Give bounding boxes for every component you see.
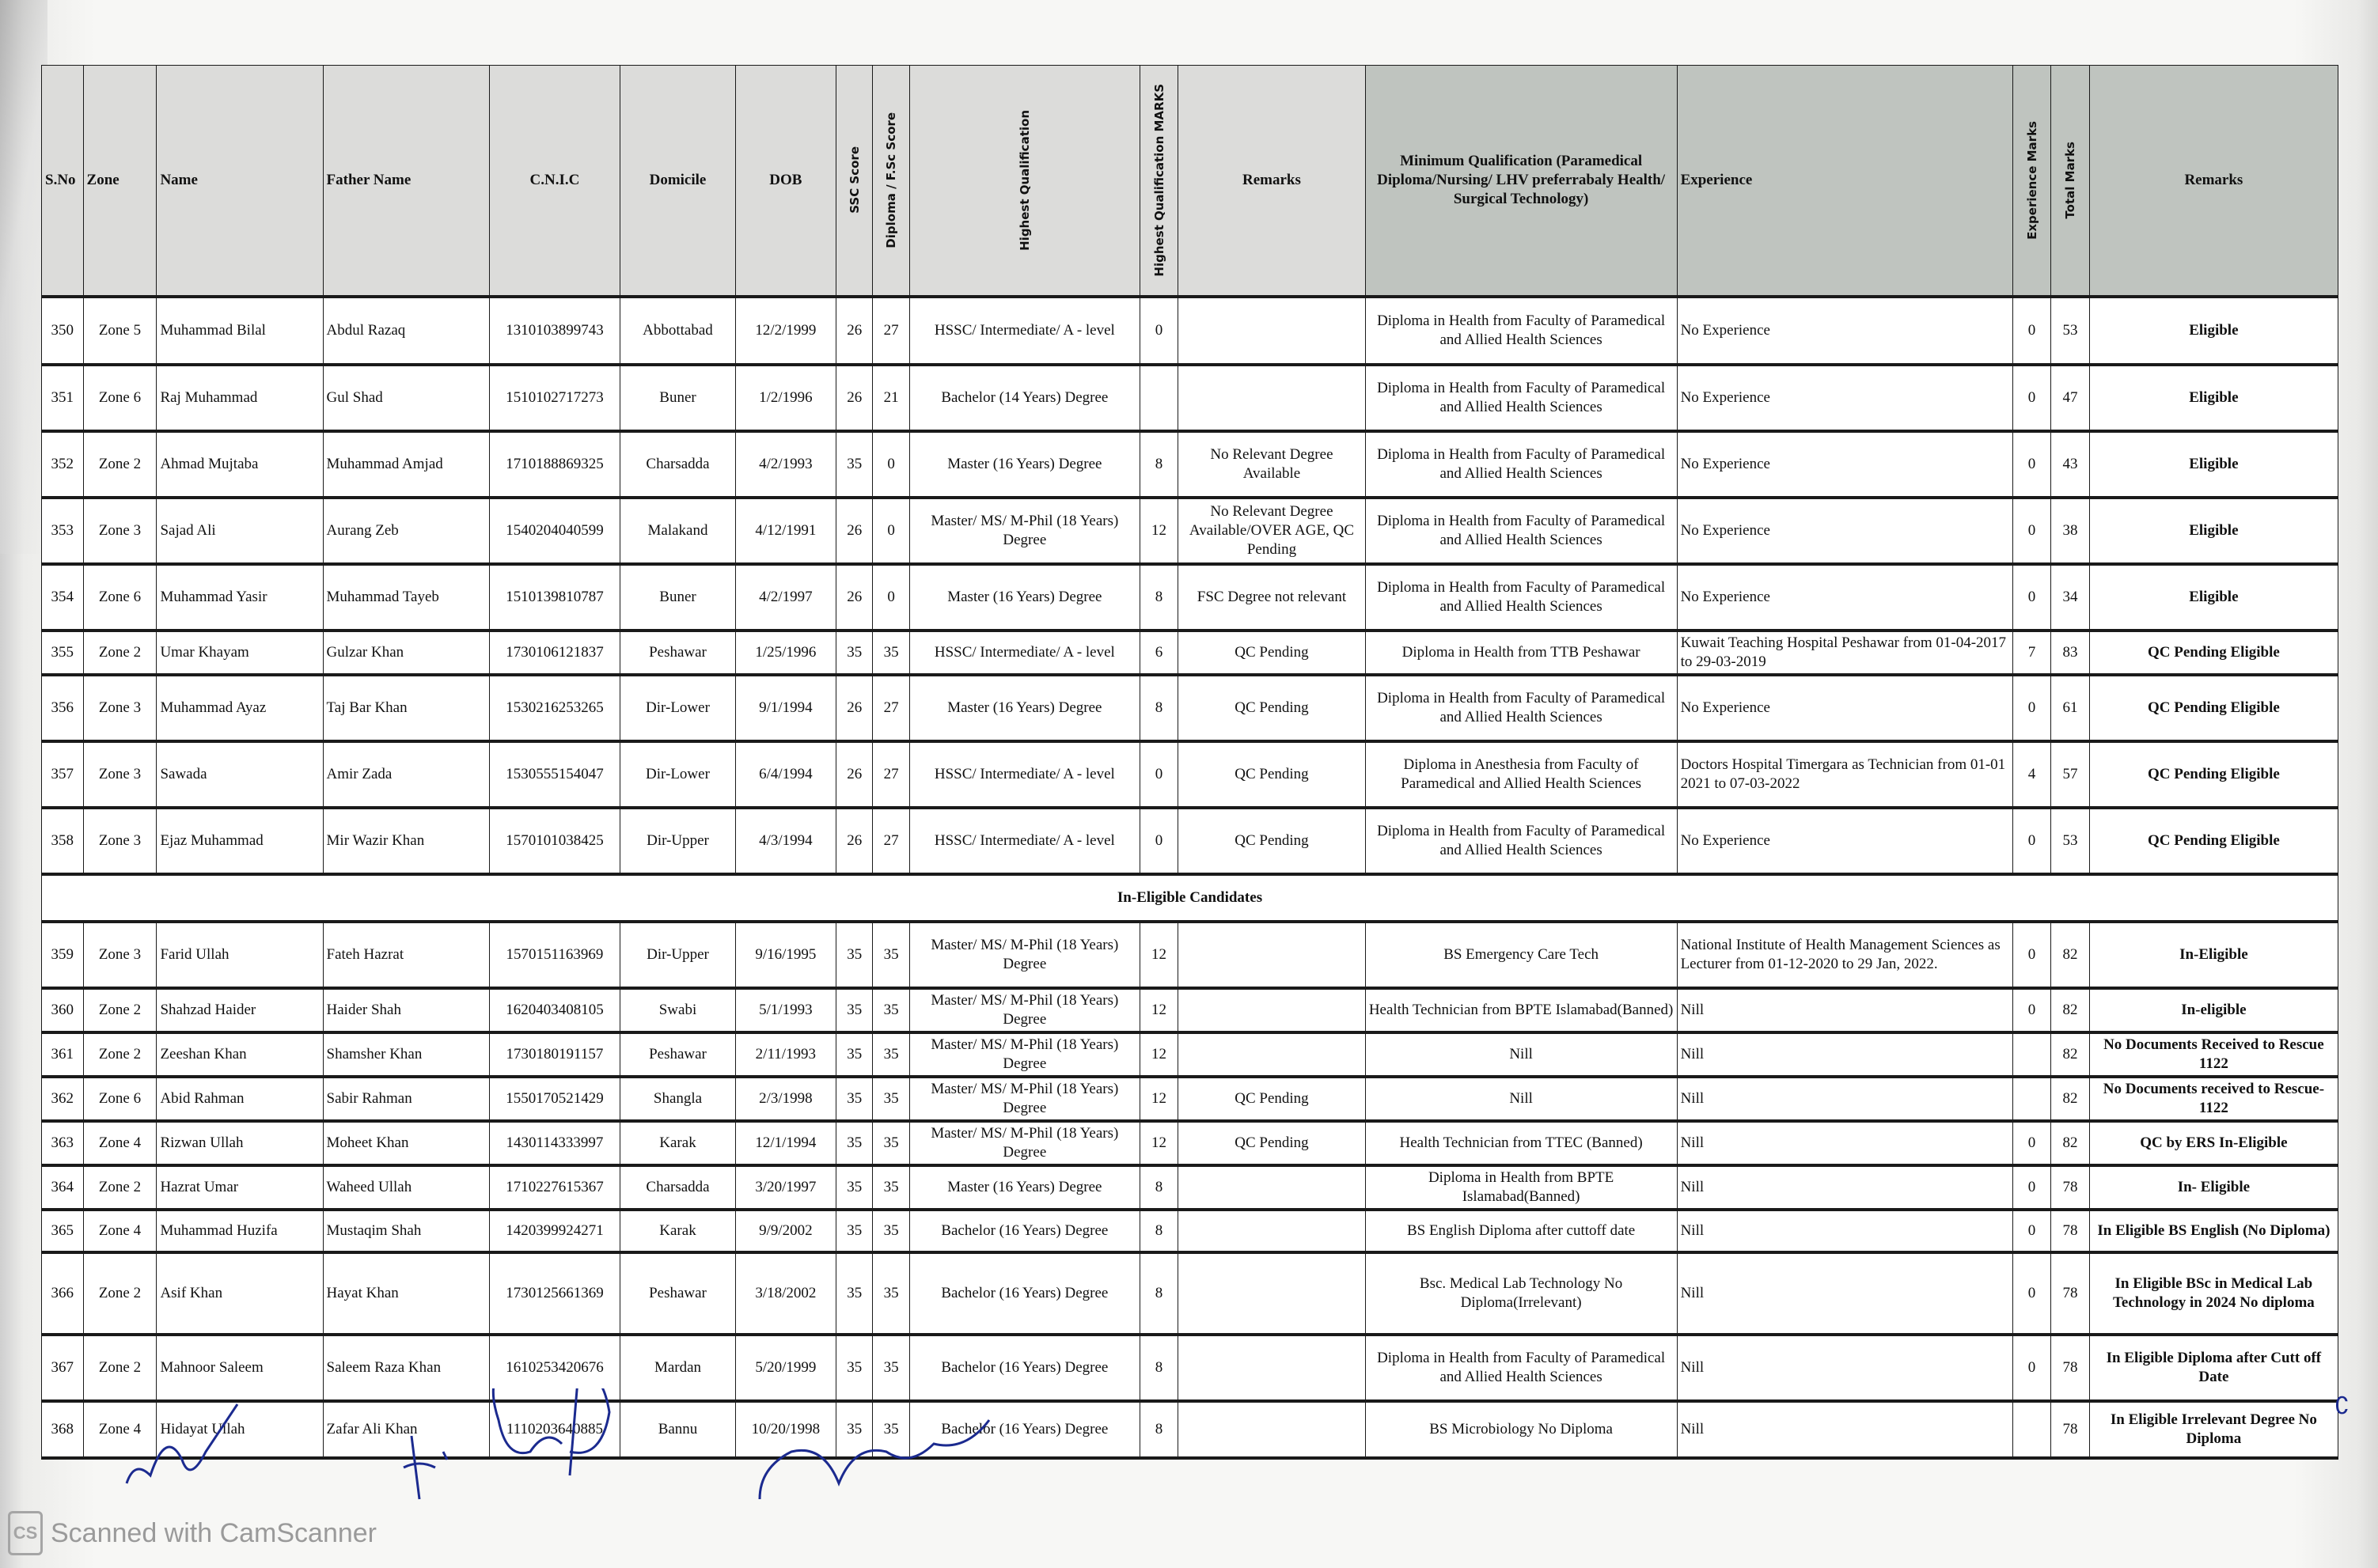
- cell-remarks-2: QC Pending Eligible: [2089, 631, 2338, 675]
- cell-remarks-2: Eligible: [2089, 431, 2338, 498]
- cell-remarks-1: QC Pending: [1178, 741, 1365, 808]
- cell-experience: Nill: [1677, 1032, 2012, 1077]
- cell-hq-marks: 12: [1140, 1077, 1178, 1121]
- cell-highest-qualification: HSSC/ Intermediate/ A - level: [909, 808, 1140, 874]
- cell-min-qualification: Diploma in Health from TTB Peshawar: [1365, 631, 1677, 675]
- cell-total-marks: 82: [2051, 988, 2089, 1032]
- cell-remarks-2: Eligible: [2089, 498, 2338, 564]
- cell-fsc-score: 35: [873, 922, 909, 988]
- cell-hq-marks: 12: [1140, 498, 1178, 564]
- cell-domicile: Dir-Lower: [620, 675, 735, 741]
- col-zone: Zone: [83, 66, 157, 297]
- cell-highest-qualification: Master/ MS/ M-Phil (18 Years) Degree: [909, 922, 1140, 988]
- camscanner-logo-icon: CS: [8, 1511, 43, 1555]
- signature-2: [404, 1436, 447, 1499]
- cell-ssc-score: 26: [836, 564, 872, 631]
- cell-experience: Kuwait Teaching Hospital Peshawar from 0…: [1677, 631, 2012, 675]
- cell-father-name: Shamsher Khan: [323, 1032, 489, 1077]
- cell-remarks-2: In Eligible BSc in Medical Lab Technolog…: [2089, 1252, 2338, 1335]
- cell-sno: 356: [42, 675, 84, 741]
- table-row: 365Zone 4Muhammad HuzifaMustaqim Shah142…: [42, 1210, 2338, 1252]
- cell-experience: Nill: [1677, 1077, 2012, 1121]
- cell-highest-qualification: Master/ MS/ M-Phil (18 Years) Degree: [909, 1077, 1140, 1121]
- cell-min-qualification: Diploma in Anesthesia from Faculty of Pa…: [1365, 741, 1677, 808]
- cell-name: Muhammad Ayaz: [157, 675, 323, 741]
- signature-1: [127, 1404, 237, 1483]
- cell-dob: 9/16/1995: [735, 922, 836, 988]
- cell-father-name: Gulzar Khan: [323, 631, 489, 675]
- cell-highest-qualification: Bachelor (14 Years) Degree: [909, 365, 1140, 431]
- cell-cnic: 1730106121837: [489, 631, 620, 675]
- cell-domicile: Peshawar: [620, 631, 735, 675]
- cell-experience: Nill: [1677, 988, 2012, 1032]
- cell-zone: Zone 2: [83, 1165, 157, 1210]
- cell-experience: Nill: [1677, 1335, 2012, 1401]
- cell-ssc-score: 26: [836, 808, 872, 874]
- cell-hq-marks: 8: [1140, 431, 1178, 498]
- cell-remarks-2: Eligible: [2089, 564, 2338, 631]
- cell-remarks-2: In- Eligible: [2089, 1165, 2338, 1210]
- cell-cnic: 1570151163969: [489, 922, 620, 988]
- cell-experience-marks: [2012, 1032, 2050, 1077]
- cell-remarks-1: QC Pending: [1178, 1077, 1365, 1121]
- cell-min-qualification: Health Technician from BPTE Islamabad(Ba…: [1365, 988, 1677, 1032]
- cell-zone: Zone 3: [83, 808, 157, 874]
- cell-experience-marks: 0: [2012, 1335, 2050, 1401]
- cell-domicile: Karak: [620, 1121, 735, 1165]
- cell-experience-marks: [2012, 1077, 2050, 1121]
- cell-experience-marks: 0: [2012, 808, 2050, 874]
- cell-total-marks: 82: [2051, 1077, 2089, 1121]
- cell-total-marks: 53: [2051, 808, 2089, 874]
- cell-ssc-score: 35: [836, 1210, 872, 1252]
- cell-total-marks: 78: [2051, 1165, 2089, 1210]
- col-experience: Experience: [1677, 66, 2012, 297]
- col-cnic: C.N.I.C: [489, 66, 620, 297]
- cell-experience: No Experience: [1677, 498, 2012, 564]
- cell-cnic: 1710188869325: [489, 431, 620, 498]
- cell-hq-marks: 12: [1140, 988, 1178, 1032]
- cell-remarks-1: No Relevant Degree Available/OVER AGE, Q…: [1178, 498, 1365, 564]
- cell-sno: 354: [42, 564, 84, 631]
- cell-ssc-score: 26: [836, 675, 872, 741]
- cell-experience-marks: 4: [2012, 741, 2050, 808]
- cell-experience-marks: 0: [2012, 1252, 2050, 1335]
- cell-hq-marks: 8: [1140, 1165, 1178, 1210]
- cell-experience-marks: 0: [2012, 297, 2050, 365]
- cell-min-qualification: BS Microbiology No Diploma: [1365, 1401, 1677, 1458]
- cell-zone: Zone 4: [83, 1210, 157, 1252]
- cell-experience: Nill: [1677, 1210, 2012, 1252]
- cell-highest-qualification: HSSC/ Intermediate/ A - level: [909, 297, 1140, 365]
- cell-cnic: 1710227615367: [489, 1165, 620, 1210]
- cell-hq-marks: 8: [1140, 564, 1178, 631]
- cell-dob: 4/2/1993: [735, 431, 836, 498]
- cell-cnic: 1550170521429: [489, 1077, 620, 1121]
- cell-highest-qualification: HSSC/ Intermediate/ A - level: [909, 741, 1140, 808]
- cell-experience-marks: 0: [2012, 431, 2050, 498]
- cell-dob: 5/1/1993: [735, 988, 836, 1032]
- table-row: 366Zone 2Asif KhanHayat Khan173012566136…: [42, 1252, 2338, 1335]
- pen-mark: ∁: [2334, 1392, 2350, 1420]
- cell-sno: 350: [42, 297, 84, 365]
- cell-father-name: Taj Bar Khan: [323, 675, 489, 741]
- cell-fsc-score: 35: [873, 1121, 909, 1165]
- cell-hq-marks: 0: [1140, 808, 1178, 874]
- cell-ssc-score: 35: [836, 1032, 872, 1077]
- cell-min-qualification: Health Technician from TTEC (Banned): [1365, 1121, 1677, 1165]
- col-min-qualification: Minimum Qualification (Paramedical Diplo…: [1365, 66, 1677, 297]
- cell-ssc-score: 26: [836, 741, 872, 808]
- cell-father-name: Fateh Hazrat: [323, 922, 489, 988]
- cell-ssc-score: 35: [836, 1165, 872, 1210]
- col-sno: S.No: [42, 66, 84, 297]
- cell-fsc-score: 0: [873, 431, 909, 498]
- cell-domicile: Karak: [620, 1210, 735, 1252]
- cell-highest-qualification: Master (16 Years) Degree: [909, 431, 1140, 498]
- cell-fsc-score: 35: [873, 1032, 909, 1077]
- cell-experience-marks: 0: [2012, 922, 2050, 988]
- table-row: 358Zone 3Ejaz MuhammadMir Wazir Khan1570…: [42, 808, 2338, 874]
- cell-fsc-score: 35: [873, 1210, 909, 1252]
- cell-experience-marks: 0: [2012, 675, 2050, 741]
- cell-zone: Zone 6: [83, 564, 157, 631]
- cell-experience-marks: [2012, 1401, 2050, 1458]
- cell-remarks-2: No Documents received to Rescue-1122: [2089, 1077, 2338, 1121]
- cell-remarks-2: QC Pending Eligible: [2089, 741, 2338, 808]
- cell-experience: No Experience: [1677, 431, 2012, 498]
- eligible-rows: 350Zone 5Muhammad BilalAbdul Razaq131010…: [42, 297, 2338, 874]
- cell-experience: No Experience: [1677, 564, 2012, 631]
- cell-highest-qualification: Bachelor (16 Years) Degree: [909, 1210, 1140, 1252]
- cell-remarks-1: [1178, 365, 1365, 431]
- cell-zone: Zone 6: [83, 1077, 157, 1121]
- cell-sno: 359: [42, 922, 84, 988]
- cell-experience-marks: 0: [2012, 1121, 2050, 1165]
- cell-dob: 12/1/1994: [735, 1121, 836, 1165]
- cell-experience: No Experience: [1677, 675, 2012, 741]
- cell-remarks-2: No Documents Received to Rescue 1122: [2089, 1032, 2338, 1077]
- cell-remarks-1: [1178, 1165, 1365, 1210]
- cell-zone: Zone 3: [83, 675, 157, 741]
- camscanner-watermark: CS Scanned with CamScanner: [8, 1511, 377, 1555]
- cell-remarks-2: In-Eligible: [2089, 922, 2338, 988]
- cell-dob: 2/11/1993: [735, 1032, 836, 1077]
- cell-fsc-score: 35: [873, 1165, 909, 1210]
- cell-domicile: Dir-Upper: [620, 922, 735, 988]
- cell-min-qualification: Bsc. Medical Lab Technology No Diploma(I…: [1365, 1252, 1677, 1335]
- cell-domicile: Charsadda: [620, 1165, 735, 1210]
- ineligible-section-title: In-Eligible Candidates: [42, 874, 2338, 922]
- cell-fsc-score: 27: [873, 808, 909, 874]
- cell-hq-marks: 12: [1140, 1121, 1178, 1165]
- cell-dob: 4/2/1997: [735, 564, 836, 631]
- cell-experience: No Experience: [1677, 808, 2012, 874]
- cell-dob: 12/2/1999: [735, 297, 836, 365]
- signature-3: [493, 1388, 609, 1475]
- cell-fsc-score: 35: [873, 1077, 909, 1121]
- cell-remarks-1: [1178, 1032, 1365, 1077]
- cell-experience: Doctors Hospital Timergara as Technician…: [1677, 741, 2012, 808]
- cell-domicile: Dir-Lower: [620, 741, 735, 808]
- cell-domicile: Peshawar: [620, 1032, 735, 1077]
- cell-father-name: Sabir Rahman: [323, 1077, 489, 1121]
- cell-sno: 357: [42, 741, 84, 808]
- cell-sno: 366: [42, 1252, 84, 1335]
- cell-experience-marks: 0: [2012, 564, 2050, 631]
- cell-min-qualification: Diploma in Health from Faculty of Parame…: [1365, 498, 1677, 564]
- cell-remarks-1: [1178, 922, 1365, 988]
- cell-min-qualification: Diploma in Health from Faculty of Parame…: [1365, 365, 1677, 431]
- cell-highest-qualification: Bachelor (16 Years) Degree: [909, 1252, 1140, 1335]
- col-dob: DOB: [735, 66, 836, 297]
- cell-highest-qualification: Master/ MS/ M-Phil (18 Years) Degree: [909, 988, 1140, 1032]
- cell-zone: Zone 3: [83, 922, 157, 988]
- cell-highest-qualification: Master (16 Years) Degree: [909, 1165, 1140, 1210]
- cell-name: Zeeshan Khan: [157, 1032, 323, 1077]
- cell-fsc-score: 27: [873, 297, 909, 365]
- cell-total-marks: 47: [2051, 365, 2089, 431]
- cell-remarks-1: QC Pending: [1178, 1121, 1365, 1165]
- cell-remarks-2: In Eligible Diploma after Cutt off Date: [2089, 1335, 2338, 1401]
- cell-experience: No Experience: [1677, 365, 2012, 431]
- cell-sno: 352: [42, 431, 84, 498]
- cell-father-name: Abdul Razaq: [323, 297, 489, 365]
- table-row: 362Zone 6Abid RahmanSabir Rahman15501705…: [42, 1077, 2338, 1121]
- cell-fsc-score: 35: [873, 988, 909, 1032]
- col-total-marks: Total Marks: [2051, 66, 2089, 297]
- cell-sno: 351: [42, 365, 84, 431]
- cell-sno: 362: [42, 1077, 84, 1121]
- cell-hq-marks: 0: [1140, 741, 1178, 808]
- table-row: 355Zone 2Umar KhayamGulzar Khan173010612…: [42, 631, 2338, 675]
- cell-cnic: 1510139810787: [489, 564, 620, 631]
- cell-cnic: 1540204040599: [489, 498, 620, 564]
- cell-highest-qualification: HSSC/ Intermediate/ A - level: [909, 631, 1140, 675]
- cell-zone: Zone 2: [83, 1252, 157, 1335]
- cell-cnic: 1620403408105: [489, 988, 620, 1032]
- cell-remarks-1: [1178, 1252, 1365, 1335]
- cell-total-marks: 82: [2051, 1121, 2089, 1165]
- cell-remarks-2: Eligible: [2089, 365, 2338, 431]
- cell-experience: Nill: [1677, 1401, 2012, 1458]
- cell-hq-marks: 6: [1140, 631, 1178, 675]
- cell-hq-marks: 8: [1140, 675, 1178, 741]
- cell-father-name: Haider Shah: [323, 988, 489, 1032]
- cell-ssc-score: 35: [836, 1077, 872, 1121]
- cell-domicile: Malakand: [620, 498, 735, 564]
- cell-highest-qualification: Master/ MS/ M-Phil (18 Years) Degree: [909, 1121, 1140, 1165]
- cell-name: Muhammad Bilal: [157, 297, 323, 365]
- cell-father-name: Muhammad Tayeb: [323, 564, 489, 631]
- cell-remarks-1: [1178, 1210, 1365, 1252]
- cell-hq-marks: 8: [1140, 1210, 1178, 1252]
- cell-total-marks: 43: [2051, 431, 2089, 498]
- cell-min-qualification: Nill: [1365, 1032, 1677, 1077]
- camscanner-text: Scanned with CamScanner: [51, 1518, 377, 1549]
- cell-highest-qualification: Master (16 Years) Degree: [909, 675, 1140, 741]
- cell-father-name: Waheed Ullah: [323, 1165, 489, 1210]
- cell-remarks-1: FSC Degree not relevant: [1178, 564, 1365, 631]
- col-remarks-2: Remarks: [2089, 66, 2338, 297]
- cell-name: Shahzad Haider: [157, 988, 323, 1032]
- table-row: 363Zone 4Rizwan UllahMoheet Khan14301143…: [42, 1121, 2338, 1165]
- cell-remarks-2: QC Pending Eligible: [2089, 675, 2338, 741]
- cell-total-marks: 78: [2051, 1401, 2089, 1458]
- col-hq-marks: Highest Qualification MARKS: [1140, 66, 1178, 297]
- cell-dob: 4/12/1991: [735, 498, 836, 564]
- cell-dob: 6/4/1994: [735, 741, 836, 808]
- cell-hq-marks: [1140, 365, 1178, 431]
- cell-fsc-score: 35: [873, 1252, 909, 1335]
- table-row: 351Zone 6Raj MuhammadGul Shad15101027172…: [42, 365, 2338, 431]
- cell-highest-qualification: Master/ MS/ M-Phil (18 Years) Degree: [909, 1032, 1140, 1077]
- col-father-name: Father Name: [323, 66, 489, 297]
- cell-domicile: Swabi: [620, 988, 735, 1032]
- ineligible-section: In-Eligible Candidates: [42, 874, 2338, 922]
- cell-min-qualification: Diploma in Health from Faculty of Parame…: [1365, 1335, 1677, 1401]
- cell-dob: 2/3/1998: [735, 1077, 836, 1121]
- cell-total-marks: 78: [2051, 1210, 2089, 1252]
- cell-hq-marks: 8: [1140, 1252, 1178, 1335]
- cell-highest-qualification: Master/ MS/ M-Phil (18 Years) Degree: [909, 498, 1140, 564]
- cell-remarks-2: In Eligible BS English (No Diploma): [2089, 1210, 2338, 1252]
- cell-ssc-score: 26: [836, 297, 872, 365]
- cell-experience-marks: 0: [2012, 1210, 2050, 1252]
- cell-dob: 9/9/2002: [735, 1210, 836, 1252]
- cell-min-qualification: Diploma in Health from Faculty of Parame…: [1365, 675, 1677, 741]
- cell-fsc-score: 21: [873, 365, 909, 431]
- cell-min-qualification: Nill: [1365, 1077, 1677, 1121]
- cell-dob: 1/25/1996: [735, 631, 836, 675]
- cell-ssc-score: 35: [836, 1121, 872, 1165]
- cell-zone: Zone 3: [83, 741, 157, 808]
- header-row: S.No Zone Name Father Name C.N.I.C Domic…: [42, 66, 2338, 297]
- cell-name: Sajad Ali: [157, 498, 323, 564]
- cell-dob: 1/2/1996: [735, 365, 836, 431]
- cell-zone: Zone 2: [83, 1032, 157, 1077]
- cell-min-qualification: BS Emergency Care Tech: [1365, 922, 1677, 988]
- cell-cnic: 1570101038425: [489, 808, 620, 874]
- cell-ssc-score: 35: [836, 431, 872, 498]
- cell-experience-marks: 7: [2012, 631, 2050, 675]
- cell-domicile: Shangla: [620, 1077, 735, 1121]
- cell-fsc-score: 27: [873, 741, 909, 808]
- cell-father-name: Muhammad Amjad: [323, 431, 489, 498]
- cell-highest-qualification: Master (16 Years) Degree: [909, 564, 1140, 631]
- cell-cnic: 1730180191157: [489, 1032, 620, 1077]
- cell-fsc-score: 0: [873, 564, 909, 631]
- cell-remarks-2: QC by ERS In-Eligible: [2089, 1121, 2338, 1165]
- cell-experience: National Institute of Health Management …: [1677, 922, 2012, 988]
- cell-father-name: Amir Zada: [323, 741, 489, 808]
- cell-sno: 360: [42, 988, 84, 1032]
- cell-cnic: 1430114333997: [489, 1121, 620, 1165]
- cell-sno: 367: [42, 1335, 84, 1401]
- cell-total-marks: 78: [2051, 1252, 2089, 1335]
- cell-father-name: Mir Wazir Khan: [323, 808, 489, 874]
- cell-name: Raj Muhammad: [157, 365, 323, 431]
- cell-name: Ahmad Mujtaba: [157, 431, 323, 498]
- cell-zone: Zone 2: [83, 631, 157, 675]
- col-experience-marks: Experience Marks: [2012, 66, 2050, 297]
- cell-ssc-score: 35: [836, 988, 872, 1032]
- cell-min-qualification: Diploma in Health from BPTE Islamabad(Ba…: [1365, 1165, 1677, 1210]
- cell-experience-marks: 0: [2012, 498, 2050, 564]
- candidates-table: S.No Zone Name Father Name C.N.I.C Domic…: [41, 65, 2338, 1460]
- cell-zone: Zone 2: [83, 431, 157, 498]
- cell-experience-marks: 0: [2012, 1165, 2050, 1210]
- cell-domicile: Charsadda: [620, 431, 735, 498]
- cell-fsc-score: 35: [873, 631, 909, 675]
- cell-name: Umar Khayam: [157, 631, 323, 675]
- col-domicile: Domicile: [620, 66, 735, 297]
- cell-fsc-score: 0: [873, 498, 909, 564]
- cell-name: Rizwan Ullah: [157, 1121, 323, 1165]
- cell-name: Farid Ullah: [157, 922, 323, 988]
- cell-total-marks: 53: [2051, 297, 2089, 365]
- table-row: 356Zone 3Muhammad AyazTaj Bar Khan153021…: [42, 675, 2338, 741]
- cell-name: Ejaz Muhammad: [157, 808, 323, 874]
- cell-ssc-score: 35: [836, 922, 872, 988]
- cell-sno: 358: [42, 808, 84, 874]
- cell-experience: Nill: [1677, 1165, 2012, 1210]
- cell-dob: 4/3/1994: [735, 808, 836, 874]
- cell-name: Asif Khan: [157, 1252, 323, 1335]
- table-row: 359Zone 3Farid UllahFateh Hazrat15701511…: [42, 922, 2338, 988]
- col-name: Name: [157, 66, 323, 297]
- cell-cnic: 1530216253265: [489, 675, 620, 741]
- cell-zone: Zone 4: [83, 1121, 157, 1165]
- cell-experience-marks: 0: [2012, 988, 2050, 1032]
- cell-remarks-1: QC Pending: [1178, 808, 1365, 874]
- cell-remarks-1: QC Pending: [1178, 631, 1365, 675]
- cell-name: Hazrat Umar: [157, 1165, 323, 1210]
- cell-domicile: Peshawar: [620, 1252, 735, 1335]
- cell-remarks-2: QC Pending Eligible: [2089, 808, 2338, 874]
- cell-father-name: Gul Shad: [323, 365, 489, 431]
- cell-ssc-score: 26: [836, 365, 872, 431]
- table-row: 357Zone 3SawadaAmir Zada1530555154047Dir…: [42, 741, 2338, 808]
- cell-cnic: 1420399924271: [489, 1210, 620, 1252]
- cell-total-marks: 57: [2051, 741, 2089, 808]
- cell-min-qualification: Diploma in Health from Faculty of Parame…: [1365, 808, 1677, 874]
- cell-zone: Zone 5: [83, 297, 157, 365]
- table-row: 354Zone 6Muhammad YasirMuhammad Tayeb151…: [42, 564, 2338, 631]
- cell-hq-marks: 12: [1140, 1032, 1178, 1077]
- cell-experience: No Experience: [1677, 297, 2012, 365]
- table-row: 352Zone 2Ahmad MujtabaMuhammad Amjad1710…: [42, 431, 2338, 498]
- cell-zone: Zone 3: [83, 498, 157, 564]
- cell-total-marks: 82: [2051, 922, 2089, 988]
- cell-sno: 364: [42, 1165, 84, 1210]
- cell-father-name: Mustaqim Shah: [323, 1210, 489, 1252]
- cell-sno: 361: [42, 1032, 84, 1077]
- cell-experience-marks: 0: [2012, 365, 2050, 431]
- col-remarks-1: Remarks: [1178, 66, 1365, 297]
- cell-hq-marks: 12: [1140, 922, 1178, 988]
- cell-remarks-1: [1178, 297, 1365, 365]
- cell-zone: Zone 2: [83, 988, 157, 1032]
- cell-domicile: Buner: [620, 564, 735, 631]
- signature-4: [760, 1420, 989, 1499]
- scan-shadow: [0, 0, 47, 554]
- cell-min-qualification: Diploma in Health from Faculty of Parame…: [1365, 431, 1677, 498]
- col-diploma-fsc-score: Diploma / F.Sc Score: [873, 66, 909, 297]
- cell-remarks-1: [1178, 988, 1365, 1032]
- cell-cnic: 1730125661369: [489, 1252, 620, 1335]
- cell-name: Muhammad Yasir: [157, 564, 323, 631]
